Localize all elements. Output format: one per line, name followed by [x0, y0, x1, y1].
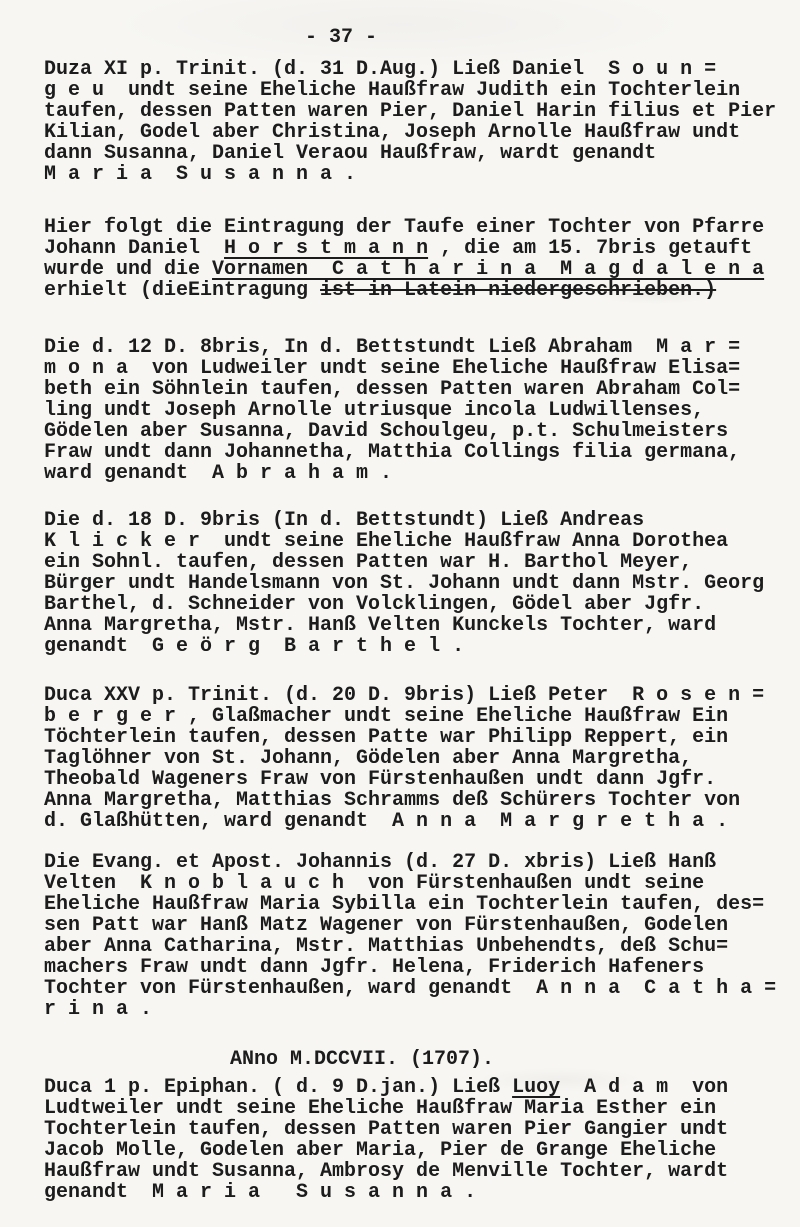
- text-segment: dann Susanna, Daniel Veraou Haußfraw, wa…: [44, 142, 656, 165]
- text-line: Duca 1 p. Epiphan. ( d. 9 D.jan.) Ließ L…: [44, 1077, 782, 1098]
- baptism-entry: Die d. 12 D. 8bris, In d. Bettstundt Lie…: [44, 337, 782, 484]
- scanned-document-page: - 37 - Duza XI p. Trinit. (d. 31 D.Aug.)…: [0, 0, 800, 1227]
- text-segment: Anna Margretha, Matthias Schramms deß Sc…: [44, 789, 740, 812]
- text-line: Töchterlein taufen, dessen Patte war Phi…: [44, 727, 782, 748]
- text-line: Anna Margretha, Mstr. Hanß Velten Kuncke…: [44, 615, 782, 636]
- text-segment: m o n a von Ludweiler undt seine Ehelich…: [44, 357, 740, 380]
- text-line: genandt M a r i a S u s a n n a .: [44, 1182, 782, 1203]
- text-segment: Kilian, Godel aber Christina, Joseph Arn…: [44, 121, 740, 144]
- text-segment: machers Fraw undt dann Jgfr. Helena, Fri…: [44, 956, 704, 979]
- text-line: Duza XI p. Trinit. (d. 31 D.Aug.) Ließ D…: [44, 59, 782, 80]
- text-segment: Duza XI p. Trinit. (d. 31 D.Aug.) Ließ D…: [44, 58, 716, 81]
- text-line: K l i c k e r undt seine Eheliche Haußfr…: [44, 531, 782, 552]
- text-segment: Die Evang. et Apost. Johannis (d. 27 D. …: [44, 851, 716, 874]
- text-segment: b e r g e r , Glaßmacher undt seine Ehel…: [44, 705, 728, 728]
- text-line: Tochter von Fürstenhaußen, ward genandt …: [44, 978, 782, 999]
- text-line: Duca XXV p. Trinit. (d. 20 D. 9bris) Lie…: [44, 685, 782, 706]
- text-line: taufen, dessen Patten waren Pier, Daniel…: [44, 101, 782, 122]
- text-segment: d. Glaßhütten, ward genandt A n n a M a …: [44, 810, 728, 833]
- text-segment: ein Sohnl. taufen, dessen Patten war H. …: [44, 551, 692, 574]
- underlined-text: Vornamen C a t h a r i n a M a g d a l e…: [212, 258, 764, 281]
- baptism-entry: Die d. 18 D. 9bris (In d. Bettstundt) Li…: [44, 510, 782, 657]
- text-segment: beth ein Söhnlein taufen, dessen Patten …: [44, 378, 740, 401]
- text-segment: Tochterlein taufen, dessen Patten waren …: [44, 1118, 728, 1141]
- text-segment: Theobald Wageners Fraw von Fürstenhaußen…: [44, 768, 716, 791]
- text-line: aber Anna Catharina, Mstr. Matthias Unbe…: [44, 936, 782, 957]
- text-line: dann Susanna, Daniel Veraou Haußfraw, wa…: [44, 143, 782, 164]
- text-line: Fraw undt dann Johannetha, Matthia Colli…: [44, 442, 782, 463]
- text-line: wurde und die Vornamen C a t h a r i n a…: [44, 259, 782, 280]
- text-line: ling undt Joseph Arnolle utriusque incol…: [44, 400, 782, 421]
- text-line: sen Patt war Hanß Matz Wagener von Fürst…: [44, 915, 782, 936]
- struck-text: ist in Latein niedergeschrieben.): [320, 279, 716, 302]
- text-line: Eheliche Haußfraw Maria Sybilla ein Toch…: [44, 894, 782, 915]
- text-segment: sen Patt war Hanß Matz Wagener von Fürst…: [44, 914, 728, 937]
- text-segment: Fraw undt dann Johannetha, Matthia Colli…: [44, 441, 740, 464]
- baptism-entry: Hier folgt die Eintragung der Taufe eine…: [44, 217, 782, 301]
- underlined-text: Luoy: [512, 1076, 560, 1099]
- text-line: b e r g e r , Glaßmacher undt seine Ehel…: [44, 706, 782, 727]
- year-heading: ANno M.DCCVII. (1707).: [230, 1049, 782, 1070]
- text-segment: Johann Daniel: [44, 237, 224, 260]
- text-segment: Anna Margretha, Mstr. Hanß Velten Kuncke…: [44, 614, 716, 637]
- text-segment: Velten K n o b l a u c h von Fürstenhauß…: [44, 872, 704, 895]
- text-line: r i n a .: [44, 999, 782, 1020]
- baptism-entry: Duza XI p. Trinit. (d. 31 D.Aug.) Ließ D…: [44, 59, 782, 185]
- text-line: Gödelen aber Susanna, David Schoulgeu, p…: [44, 421, 782, 442]
- text-segment: r i n a .: [44, 998, 152, 1021]
- text-line: Die d. 12 D. 8bris, In d. Bettstundt Lie…: [44, 337, 782, 358]
- text-line: Kilian, Godel aber Christina, Joseph Arn…: [44, 122, 782, 143]
- text-line: ein Sohnl. taufen, dessen Patten war H. …: [44, 552, 782, 573]
- text-line: Johann Daniel H o r s t m a n n , die am…: [44, 238, 782, 259]
- text-segment: Barthel, d. Schneider von Volcklingen, G…: [44, 593, 704, 616]
- text-line: genandt G e ö r g B a r t h e l .: [44, 636, 782, 657]
- text-line: Die Evang. et Apost. Johannis (d. 27 D. …: [44, 852, 782, 873]
- text-line: Jacob Molle, Godelen aber Maria, Pier de…: [44, 1140, 782, 1161]
- text-segment: Taglöhner von St. Johann, Gödelen aber A…: [44, 747, 692, 770]
- text-segment: Die d. 18 D. 9bris (In d. Bettstundt) Li…: [44, 509, 644, 532]
- text-line: d. Glaßhütten, ward genandt A n n a M a …: [44, 811, 782, 832]
- text-segment: genandt M a r i a S u s a n n a .: [44, 1181, 476, 1204]
- text-segment: Duca 1 p. Epiphan. ( d. 9 D.jan.) Ließ: [44, 1076, 512, 1099]
- text-line: Anna Margretha, Matthias Schramms deß Sc…: [44, 790, 782, 811]
- text-segment: taufen, dessen Patten waren Pier, Daniel…: [44, 100, 776, 123]
- text-segment: Tochter von Fürstenhaußen, ward genandt …: [44, 977, 776, 1000]
- text-line: Tochterlein taufen, dessen Patten waren …: [44, 1119, 782, 1140]
- text-segment: Die d. 12 D. 8bris, In d. Bettstundt Lie…: [44, 336, 740, 359]
- text-segment: Gödelen aber Susanna, David Schoulgeu, p…: [44, 420, 728, 443]
- text-line: Ludtweiler undt seine Eheliche Haußfraw …: [44, 1098, 782, 1119]
- text-line: Bürger undt Handelsmann von St. Johann u…: [44, 573, 782, 594]
- text-line: Die d. 18 D. 9bris (In d. Bettstundt) Li…: [44, 510, 782, 531]
- baptism-entry: Duca XXV p. Trinit. (d. 20 D. 9bris) Lie…: [44, 685, 782, 832]
- text-segment: Jacob Molle, Godelen aber Maria, Pier de…: [44, 1139, 716, 1162]
- text-line: erhielt (dieEintragung ist in Latein nie…: [44, 280, 782, 301]
- text-segment: Bürger undt Handelsmann von St. Johann u…: [44, 572, 764, 595]
- text-segment: Duca XXV p. Trinit. (d. 20 D. 9bris) Lie…: [44, 684, 764, 707]
- text-segment: genandt G e ö r g B a r t h e l .: [44, 635, 464, 658]
- text-segment: Töchterlein taufen, dessen Patte war Phi…: [44, 726, 728, 749]
- text-segment: g e u undt seine Eheliche Haußfraw Judit…: [44, 79, 740, 102]
- text-line: Haußfraw undt Susanna, Ambrosy de Menvil…: [44, 1161, 782, 1182]
- text-segment: Hier folgt die Eintragung der Taufe eine…: [44, 216, 764, 239]
- text-line: g e u undt seine Eheliche Haußfraw Judit…: [44, 80, 782, 101]
- text-segment: Haußfraw undt Susanna, Ambrosy de Menvil…: [44, 1160, 728, 1183]
- text-segment: ling undt Joseph Arnolle utriusque incol…: [44, 399, 704, 422]
- underlined-text: H o r s t m a n n: [224, 237, 428, 260]
- text-segment: ward genandt A b r a h a m .: [44, 462, 392, 485]
- text-line: Hier folgt die Eintragung der Taufe eine…: [44, 217, 782, 238]
- text-segment: Eheliche Haußfraw Maria Sybilla ein Toch…: [44, 893, 764, 916]
- page-number: - 37 -: [305, 27, 782, 48]
- text-line: machers Fraw undt dann Jgfr. Helena, Fri…: [44, 957, 782, 978]
- text-segment: aber Anna Catharina, Mstr. Matthias Unbe…: [44, 935, 728, 958]
- text-segment: A d a m von: [560, 1076, 728, 1099]
- text-line: Theobald Wageners Fraw von Fürstenhaußen…: [44, 769, 782, 790]
- text-line: Velten K n o b l a u c h von Fürstenhauß…: [44, 873, 782, 894]
- text-line: Barthel, d. Schneider von Volcklingen, G…: [44, 594, 782, 615]
- text-segment: wurde und die: [44, 258, 212, 281]
- text-segment: Ludtweiler undt seine Eheliche Haußfraw …: [44, 1097, 716, 1120]
- text-line: M a r i a S u s a n n a .: [44, 164, 782, 185]
- text-line: m o n a von Ludweiler undt seine Ehelich…: [44, 358, 782, 379]
- baptism-entry: Duca 1 p. Epiphan. ( d. 9 D.jan.) Ließ L…: [44, 1077, 782, 1203]
- text-segment: K l i c k e r undt seine Eheliche Haußfr…: [44, 530, 728, 553]
- baptism-entry: Die Evang. et Apost. Johannis (d. 27 D. …: [44, 852, 782, 1020]
- text-line: Taglöhner von St. Johann, Gödelen aber A…: [44, 748, 782, 769]
- text-segment: M a r i a S u s a n n a .: [44, 163, 356, 186]
- text-segment: erhielt (dieEintragung: [44, 279, 320, 302]
- document-body: Duza XI p. Trinit. (d. 31 D.Aug.) Ließ D…: [44, 59, 782, 1203]
- text-line: beth ein Söhnlein taufen, dessen Patten …: [44, 379, 782, 400]
- text-segment: , die am 15. 7bris getauft: [428, 237, 752, 260]
- text-line: ward genandt A b r a h a m .: [44, 463, 782, 484]
